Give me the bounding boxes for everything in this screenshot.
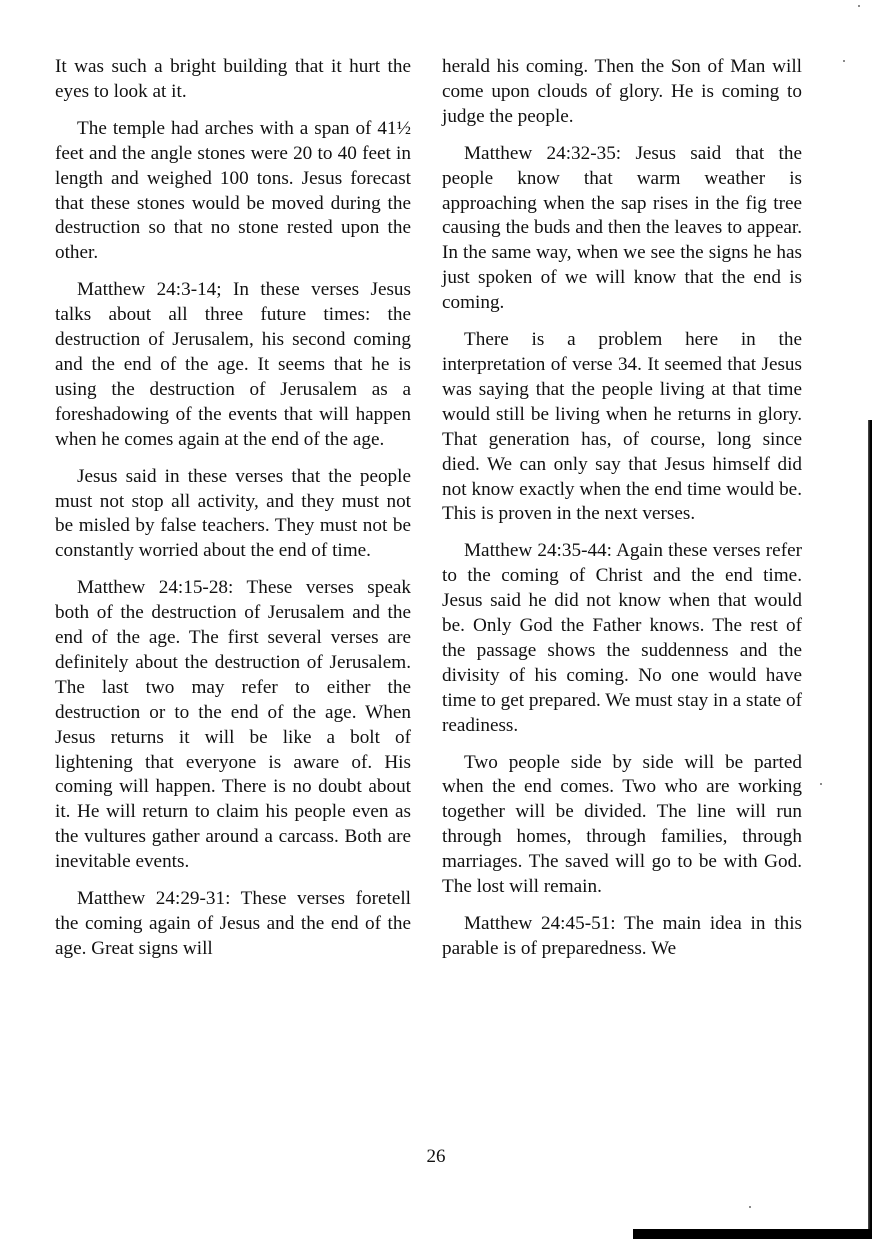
page-number: 26 xyxy=(0,1146,872,1168)
paragraph-herald-coming: herald his coming. Then the Son of Man w… xyxy=(442,55,802,130)
scan-speck xyxy=(858,5,860,7)
document-page: It was such a bright building that it hu… xyxy=(0,0,872,1239)
scan-speck xyxy=(749,1206,751,1208)
paragraph-matthew-24-45-51: Matthew 24:45-51: The main idea in this … xyxy=(442,912,802,962)
paragraph-problem-verse-34: There is a problem here in the interpret… xyxy=(442,328,802,527)
scan-edge-bottom xyxy=(633,1229,872,1239)
right-column: herald his coming. Then the Son of Man w… xyxy=(442,55,802,974)
scan-speck xyxy=(843,60,845,62)
left-column: It was such a bright building that it hu… xyxy=(55,55,411,974)
scan-speck xyxy=(820,783,822,785)
paragraph-matthew-24-32-35: Matthew 24:32-35: Jesus said that the pe… xyxy=(442,142,802,316)
paragraph-bright-building: It was such a bright building that it hu… xyxy=(55,55,411,105)
scan-edge-right xyxy=(868,420,872,1230)
paragraph-matthew-24-35-44: Matthew 24:35-44: Again these verses ref… xyxy=(442,539,802,738)
paragraph-matthew-24-3-14: Matthew 24:3-14; In these verses Jesus t… xyxy=(55,278,411,452)
paragraph-jesus-said: Jesus said in these verses that the peop… xyxy=(55,465,411,565)
paragraph-two-people: Two people side by side will be parted w… xyxy=(442,751,802,900)
paragraph-matthew-24-15-28: Matthew 24:15-28: These verses speak bot… xyxy=(55,576,411,875)
paragraph-matthew-24-29-31: Matthew 24:29-31: These verses foretell … xyxy=(55,887,411,962)
paragraph-temple-arches: The temple had arches with a span of 41½… xyxy=(55,117,411,266)
